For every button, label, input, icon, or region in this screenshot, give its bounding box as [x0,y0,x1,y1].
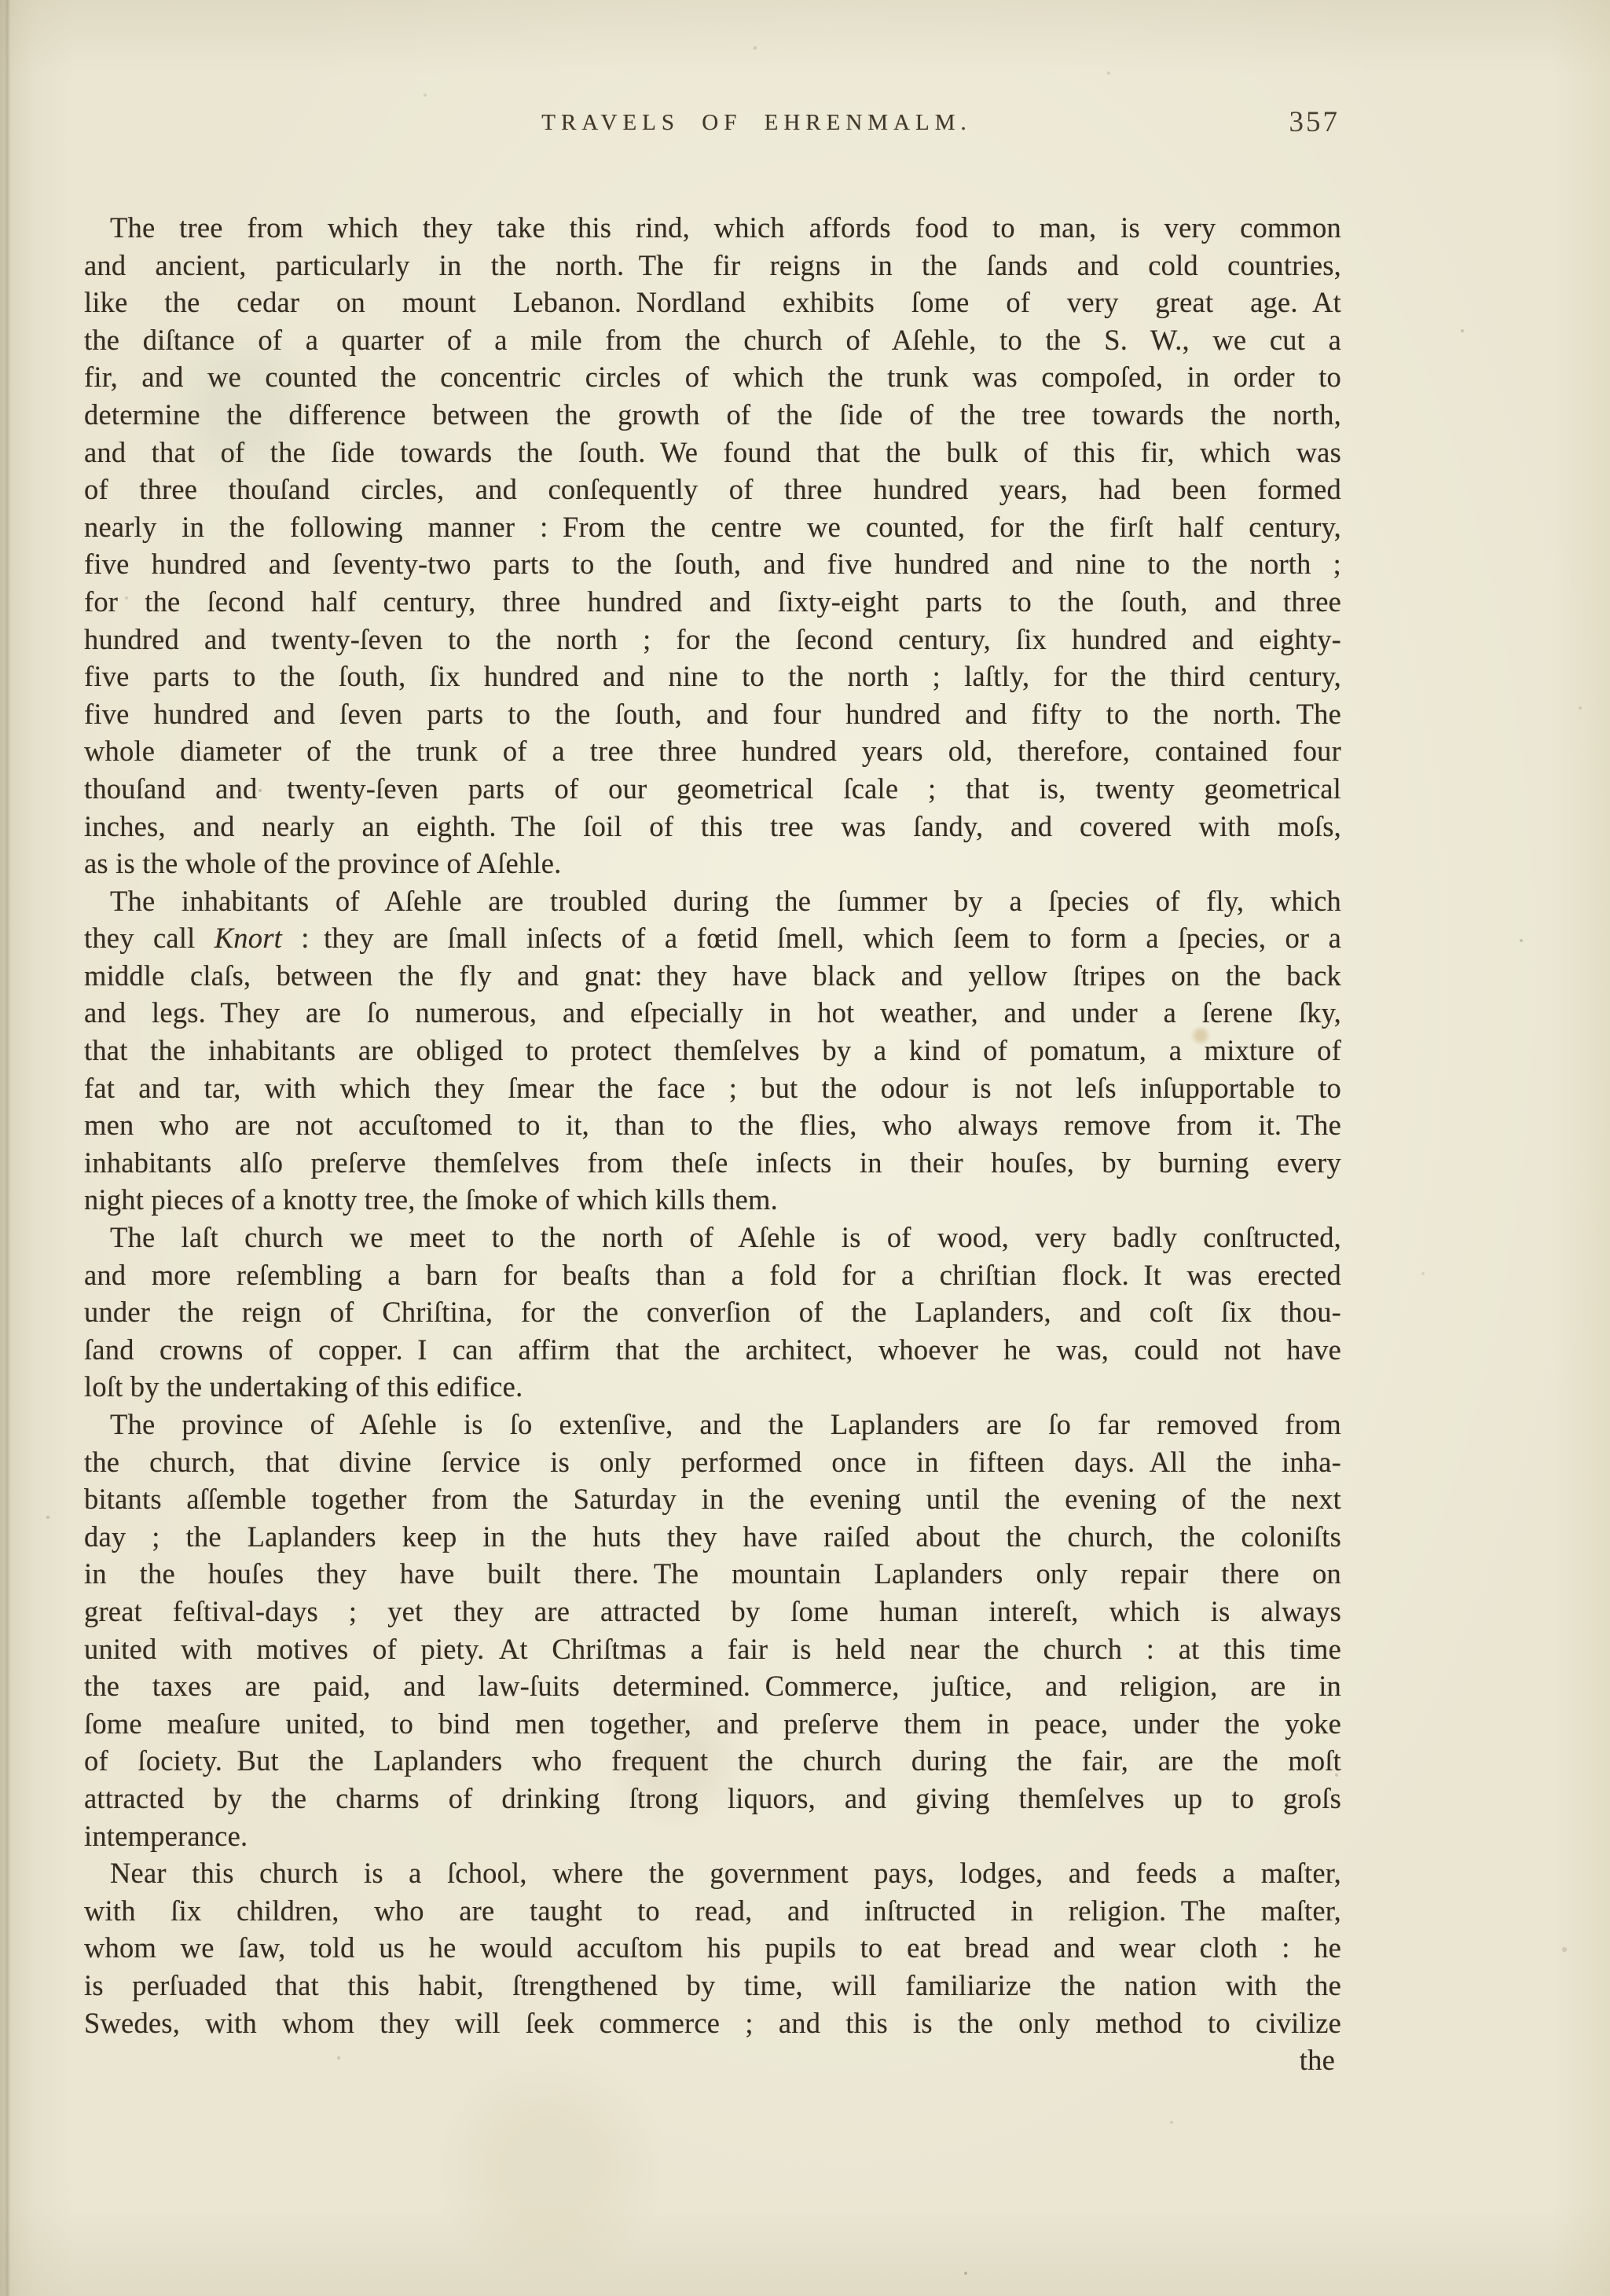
text-line: is perſuaded that this habit, ſtrengthen… [84,1967,1341,2004]
running-header: TRAVELS OF EHRENMALM. 357 [84,110,1341,154]
text-line: the taxes are paid, and law-ſuits determ… [84,1667,1341,1705]
text-line: intemperance. [84,1817,1341,1855]
text-line: in the houſes they have built there. The… [84,1555,1341,1593]
text-line: men who are not accuſtomed to it, than t… [84,1106,1341,1144]
text-line-knort: they call Knort : they are ſmall inſects… [84,919,1341,957]
page-text: The tree from which they take this rind,… [84,209,1341,2079]
text-line: night pieces of a knotty tree, the ſmoke… [84,1181,1341,1219]
text-line: The inhabitants of Aſehle are troubled d… [84,882,1341,920]
paper-specks [0,0,2,2]
text-line: five hundred and ſeventy-two parts to th… [84,545,1341,583]
text-line: hundred and twenty-ſeven to the north ; … [84,621,1341,658]
text-line: united with motives of piety. At Chriſtm… [84,1630,1341,1668]
text-line: The laſt church we meet to the north of … [84,1219,1341,1256]
text-line: and more reſembling a barn for beaſts th… [84,1256,1341,1294]
book-page: TRAVELS OF EHRENMALM. 357 The tree from … [0,0,1610,2296]
text-line: determine the difference between the gro… [84,396,1341,434]
text-line: inhabitants alſo preſerve themſelves fro… [84,1144,1341,1182]
text-line: thouſand and twenty-ſeven parts of our g… [84,770,1341,808]
text-line: fat and tar, with which they ſmear the f… [84,1069,1341,1107]
text-line: of ſociety. But the Laplanders who frequ… [84,1742,1341,1780]
text-line: day ; the Laplanders keep in the huts th… [84,1518,1341,1556]
page-title: TRAVELS OF EHRENMALM. [541,110,971,136]
text-line: five parts to the ſouth, ſix hundred and… [84,658,1341,695]
text-line: The tree from which they take this rind,… [84,209,1341,247]
page-number: 357 [1289,105,1340,139]
text-line: for the ſecond half century, three hundr… [84,583,1341,621]
text-line: The province of Aſehle is ſo extenſive, … [84,1406,1341,1443]
text-line: the church, that divine ſervice is only … [84,1443,1341,1481]
text-line: like the cedar on mount Lebanon. Nordlan… [84,284,1341,321]
catchword: the [84,2041,1341,2079]
text-line: great feſtival-days ; yet they are attra… [84,1593,1341,1630]
text-line: and legs. They are ſo numerous, and eſpe… [84,994,1341,1032]
text-line: the diſtance of a quarter of a mile from… [84,321,1341,359]
text-line: Swedes, with whom they will ſeek commerc… [84,2004,1341,2042]
text-line: ſome meaſure united, to bind men togethe… [84,1705,1341,1743]
text-line: whom we ſaw, told us he would accuſtom h… [84,1929,1341,1967]
text-line: fir, and we counted the concentric circl… [84,358,1341,396]
text-line: of three thouſand circles, and conſequen… [84,471,1341,508]
text-line: with ſix children, who are taught to rea… [84,1892,1341,1930]
text-line: bitants aſſemble together from the Satur… [84,1480,1341,1518]
text-line: nearly in the following manner : From th… [84,508,1341,546]
text-line: and ancient, particularly in the north. … [84,247,1341,284]
text-line: that the inhabitants are obliged to prot… [84,1032,1341,1069]
knort-italic: Knort [215,922,282,954]
text-line: inches, and nearly an eighth. The ſoil o… [84,808,1341,845]
knort-post: : they are ſmall inſects of a fœtid ſmel… [282,922,1341,954]
text-line: whole diameter of the trunk of a tree th… [84,732,1341,770]
text-line: attracted by the charms of drinking ſtro… [84,1780,1341,1817]
text-line: under the reign of Chriſtina, for the co… [84,1293,1341,1331]
text-line: as is the whole of the province of Aſehl… [84,845,1341,882]
text-line: Near this church is a ſchool, where the … [84,1854,1341,1892]
text-line: ſand crowns of copper. I can affirm that… [84,1331,1341,1369]
text-line: five hundred and ſeven parts to the ſout… [84,695,1341,733]
text-line: and that of the ſide towards the ſouth. … [84,434,1341,471]
text-line: loſt by the undertaking of this edifice. [84,1368,1341,1406]
text-line: middle claſs, between the fly and gnat: … [84,957,1341,995]
knort-pre: they call [84,922,215,954]
